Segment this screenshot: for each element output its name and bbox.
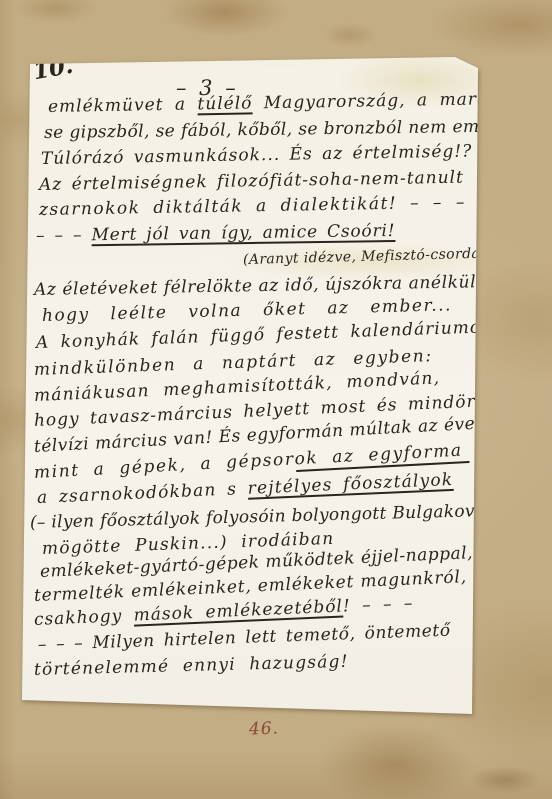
corner-mark: 10. bbox=[31, 52, 75, 86]
line-text: se gipszből, se fából, kőből, se bronzbó… bbox=[44, 116, 552, 143]
line-text: – – – bbox=[36, 225, 92, 246]
line-text: (Aranyt idézve, Mefisztó-csorda nevet.) bbox=[243, 244, 537, 268]
manuscript-sheet: 10. – 3 – emlékmüvet a túlélő Magyarorsz… bbox=[0, 0, 552, 799]
underlined-text bbox=[517, 316, 518, 336]
manuscript-line: se gipszből, se fából, kőből, se bronzbó… bbox=[44, 116, 552, 144]
manuscript-sheet-shadow: 10. – 3 – emlékmüvet a túlélő Magyarorsz… bbox=[0, 0, 552, 799]
line-text: a zsarnokodókban s bbox=[37, 479, 249, 508]
underlined-text bbox=[512, 500, 513, 520]
manuscript-line: – – – Mert jól van így, amice Csoóri! bbox=[36, 221, 396, 246]
line-text: történelemmé ennyi hazugság! bbox=[34, 652, 349, 680]
underlined-text: túlélő bbox=[197, 93, 252, 114]
line-text: Túlórázó vasmunkások... És az értelmiség… bbox=[41, 141, 473, 169]
line-text: csakhogy bbox=[34, 606, 135, 630]
manuscript-line: Túlórázó vasmunkások... És az értelmiség… bbox=[41, 141, 473, 169]
manuscript-line: Az értelmiségnek filozófiát-soha-nem-tan… bbox=[39, 168, 464, 196]
underlined-text bbox=[520, 390, 521, 410]
manuscript-line: történelemmé ennyi hazugság! bbox=[34, 652, 349, 681]
line-text: ! – – – bbox=[342, 593, 413, 616]
album-page-number: 46. bbox=[249, 718, 280, 739]
line-text bbox=[520, 390, 521, 410]
line-text bbox=[491, 413, 492, 433]
manuscript-line: zsarnokok diktálták a dialektikát! – – – bbox=[39, 193, 466, 221]
album-page: 10. – 3 – emlékmüvet a túlélő Magyarorsz… bbox=[0, 0, 552, 799]
line-text bbox=[517, 316, 518, 336]
line-text: Az értelmiségnek filozófiát-soha-nem-tan… bbox=[39, 168, 464, 195]
manuscript-line: emlékmüvet a túlélő Magyarország, a mara… bbox=[48, 89, 523, 118]
manuscript-text-layer: 10. – 3 – emlékmüvet a túlélő Magyarorsz… bbox=[0, 0, 552, 799]
underlined-text: rejtélyes főosztályok bbox=[247, 470, 453, 499]
manuscript-line: (Aranyt idézve, Mefisztó-csorda nevet.) bbox=[243, 244, 537, 268]
underlined-text bbox=[491, 413, 492, 433]
underlined-text: mások emlékezetéből bbox=[133, 597, 343, 626]
line-text: Magyarország, a maradék bbox=[252, 89, 522, 114]
line-text: emlékmüvet a bbox=[48, 94, 198, 117]
line-text: zsarnokok diktálták a dialektikát! – – – bbox=[39, 193, 466, 220]
line-text bbox=[512, 500, 513, 520]
underlined-text: Mert jól van így, amice Csoóri! bbox=[91, 221, 395, 245]
